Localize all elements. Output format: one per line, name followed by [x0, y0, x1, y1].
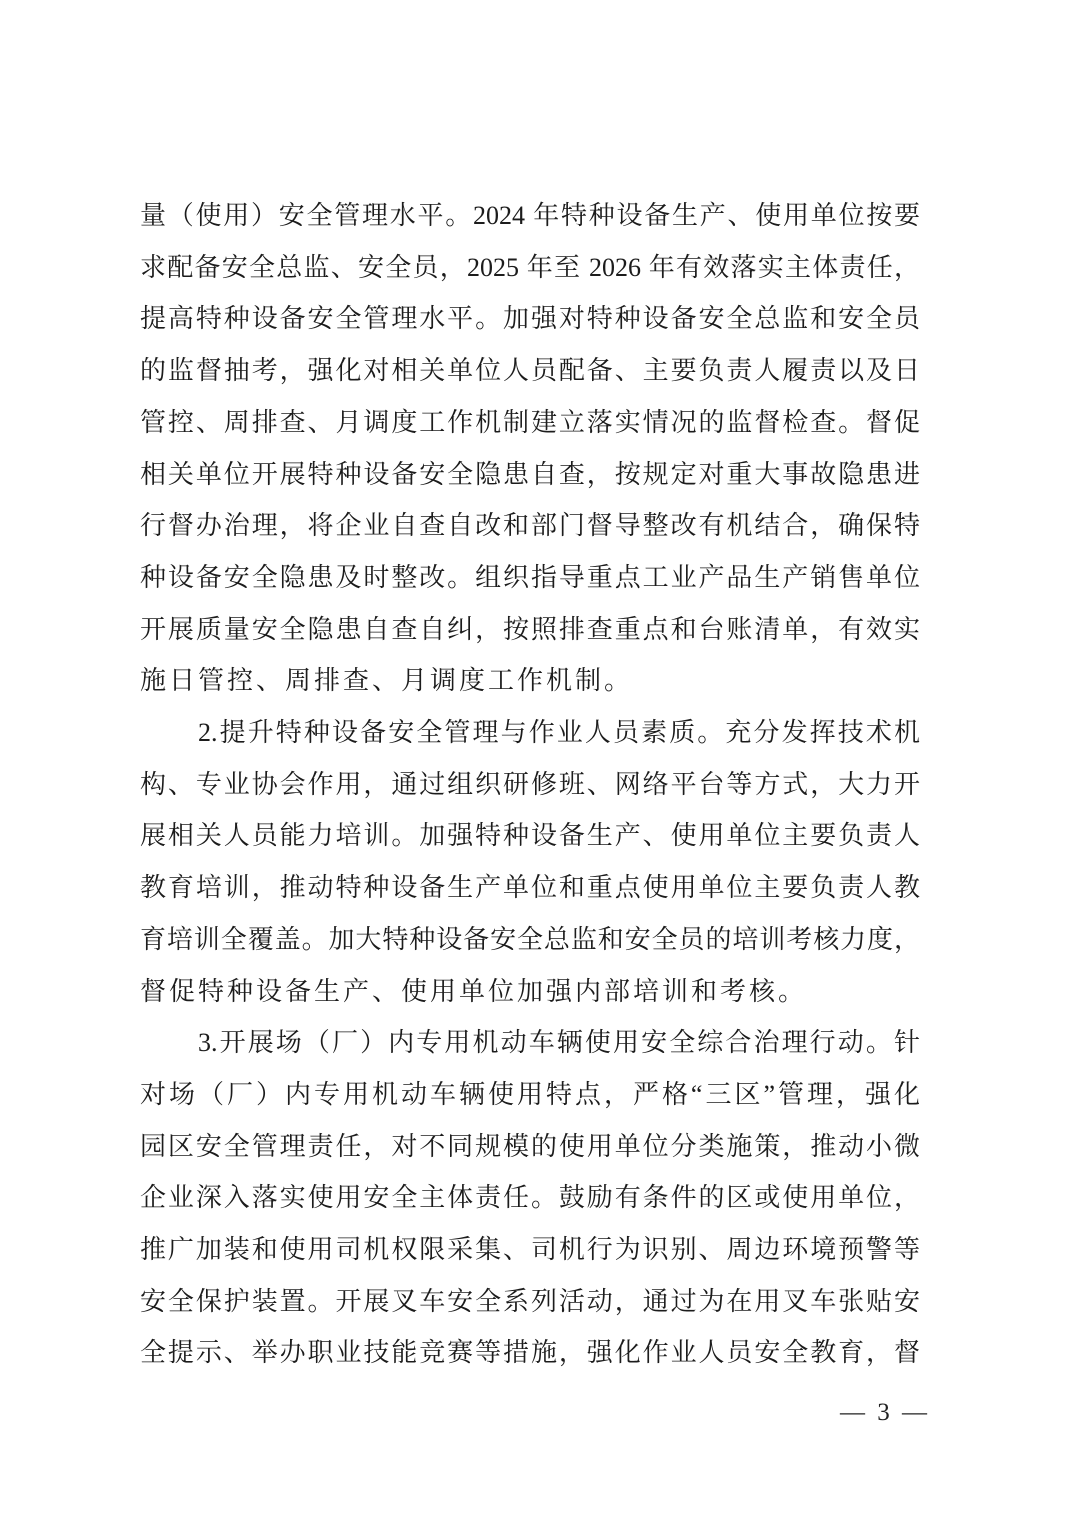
text-line: 教育培训，推动特种设备生产单位和重点使用单位主要负责人教	[140, 862, 920, 914]
text-line: 对场（厂）内专用机动车辆使用特点，严格“三区”管理，强化	[140, 1069, 920, 1121]
text-line: 企业深入落实使用安全主体责任。鼓励有条件的区或使用单位，	[140, 1172, 920, 1224]
document-page: 量（使用）安全管理水平。2024 年特种设备生产、使用单位按要求配备安全总监、安…	[0, 0, 1074, 1520]
text-line: 展相关人员能力培训。加强特种设备生产、使用单位主要负责人	[140, 810, 920, 862]
text-line: 2.提升特种设备安全管理与作业人员素质。充分发挥技术机	[140, 707, 920, 759]
text-line: 行督办治理，将企业自查自改和部门督导整改有机结合，确保特	[140, 500, 920, 552]
text-line: 开展质量安全隐患自查自纠，按照排查重点和台账清单，有效实	[140, 604, 920, 656]
body-text-block: 量（使用）安全管理水平。2024 年特种设备生产、使用单位按要求配备安全总监、安…	[140, 190, 920, 1379]
text-line: 园区安全管理责任，对不同规模的使用单位分类施策，推动小微	[140, 1121, 920, 1173]
page-number: — 3 —	[840, 1398, 930, 1428]
text-line: 施日管控、周排查、月调度工作机制。	[140, 655, 920, 707]
text-line: 推广加装和使用司机权限采集、司机行为识别、周边环境预警等	[140, 1224, 920, 1276]
text-line: 的监督抽考，强化对相关单位人员配备、主要负责人履责以及日	[140, 345, 920, 397]
text-line: 量（使用）安全管理水平。2024 年特种设备生产、使用单位按要	[140, 190, 920, 242]
text-line: 3.开展场（厂）内专用机动车辆使用安全综合治理行动。针	[140, 1017, 920, 1069]
text-line: 构、专业协会作用，通过组织研修班、网络平台等方式，大力开	[140, 759, 920, 811]
text-line: 育培训全覆盖。加大特种设备安全总监和安全员的培训考核力度，	[140, 914, 920, 966]
text-line: 求配备安全总监、安全员，2025 年至 2026 年有效落实主体责任，	[140, 242, 920, 294]
text-line: 种设备安全隐患及时整改。组织指导重点工业产品生产销售单位	[140, 552, 920, 604]
text-line: 提高特种设备安全管理水平。加强对特种设备安全总监和安全员	[140, 293, 920, 345]
text-line: 全提示、举办职业技能竞赛等措施，强化作业人员安全教育，督	[140, 1327, 920, 1379]
text-line: 督促特种设备生产、使用单位加强内部培训和考核。	[140, 966, 920, 1018]
text-line: 相关单位开展特种设备安全隐患自查，按规定对重大事故隐患进	[140, 449, 920, 501]
text-line: 安全保护装置。开展叉车安全系列活动，通过为在用叉车张贴安	[140, 1276, 920, 1328]
text-line: 管控、周排查、月调度工作机制建立落实情况的监督检查。督促	[140, 397, 920, 449]
